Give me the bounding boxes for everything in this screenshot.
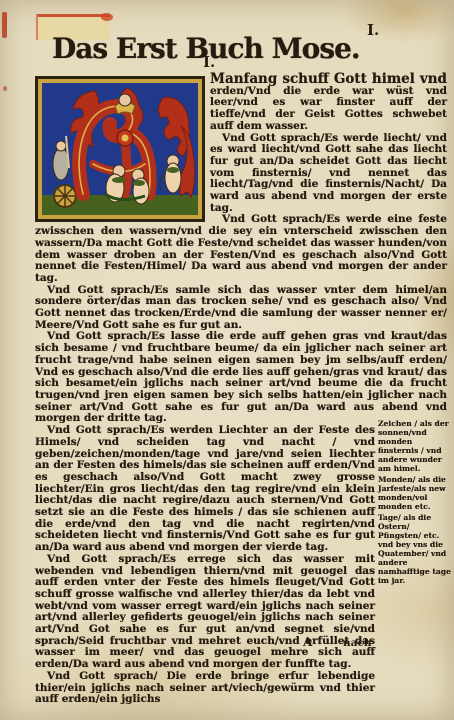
text-block: A [35, 74, 447, 706]
red-paint-blob [101, 13, 113, 21]
paragraph-day-5: Vnd Gott sprach/Es errege sich das wasse… [35, 554, 375, 671]
paragraph-day-6: Vnd Gott sprach/ Die erde bringe erfur l… [35, 671, 375, 706]
margin-note-monden: Monden/ als die Jarfeste/als new monden/… [378, 475, 452, 511]
paragraph-day-3b: Vnd Gott sprach/Es lasse die erde auff g… [35, 331, 447, 425]
signature-mark: A [303, 635, 312, 649]
catchword: nach [343, 637, 371, 649]
paragraph-day-3a: Vnd Gott sprach/Es samle sich das wasser… [35, 285, 447, 332]
margin-note-zeichen: Zeichen / als der sonnen/vnd monden fins… [378, 419, 452, 473]
illuminated-initial-artwork [35, 76, 205, 222]
folio-number: I. [367, 21, 379, 39]
red-paint-mark-edge [2, 12, 7, 38]
red-speck [3, 86, 7, 91]
paragraph-day-2: Vnd Gott sprach/Es werde eine feste zwis… [35, 214, 447, 284]
margin-notes: Zeichen / als der sonnen/vnd monden fins… [378, 419, 452, 587]
paragraph-day-4: Vnd Gott sprach/Es werden Liechter an de… [35, 425, 375, 554]
page-title: Das Erst Buch Mose. [52, 32, 348, 65]
illuminated-initial: A [35, 76, 205, 222]
book-page: Das Erst Buch Mose. I. I. A [0, 0, 454, 720]
margin-note-tage: Tage/ als die Ostern/ Pfingsten/ etc. vn… [378, 513, 452, 585]
chapter-numeral: I. [203, 53, 215, 71]
